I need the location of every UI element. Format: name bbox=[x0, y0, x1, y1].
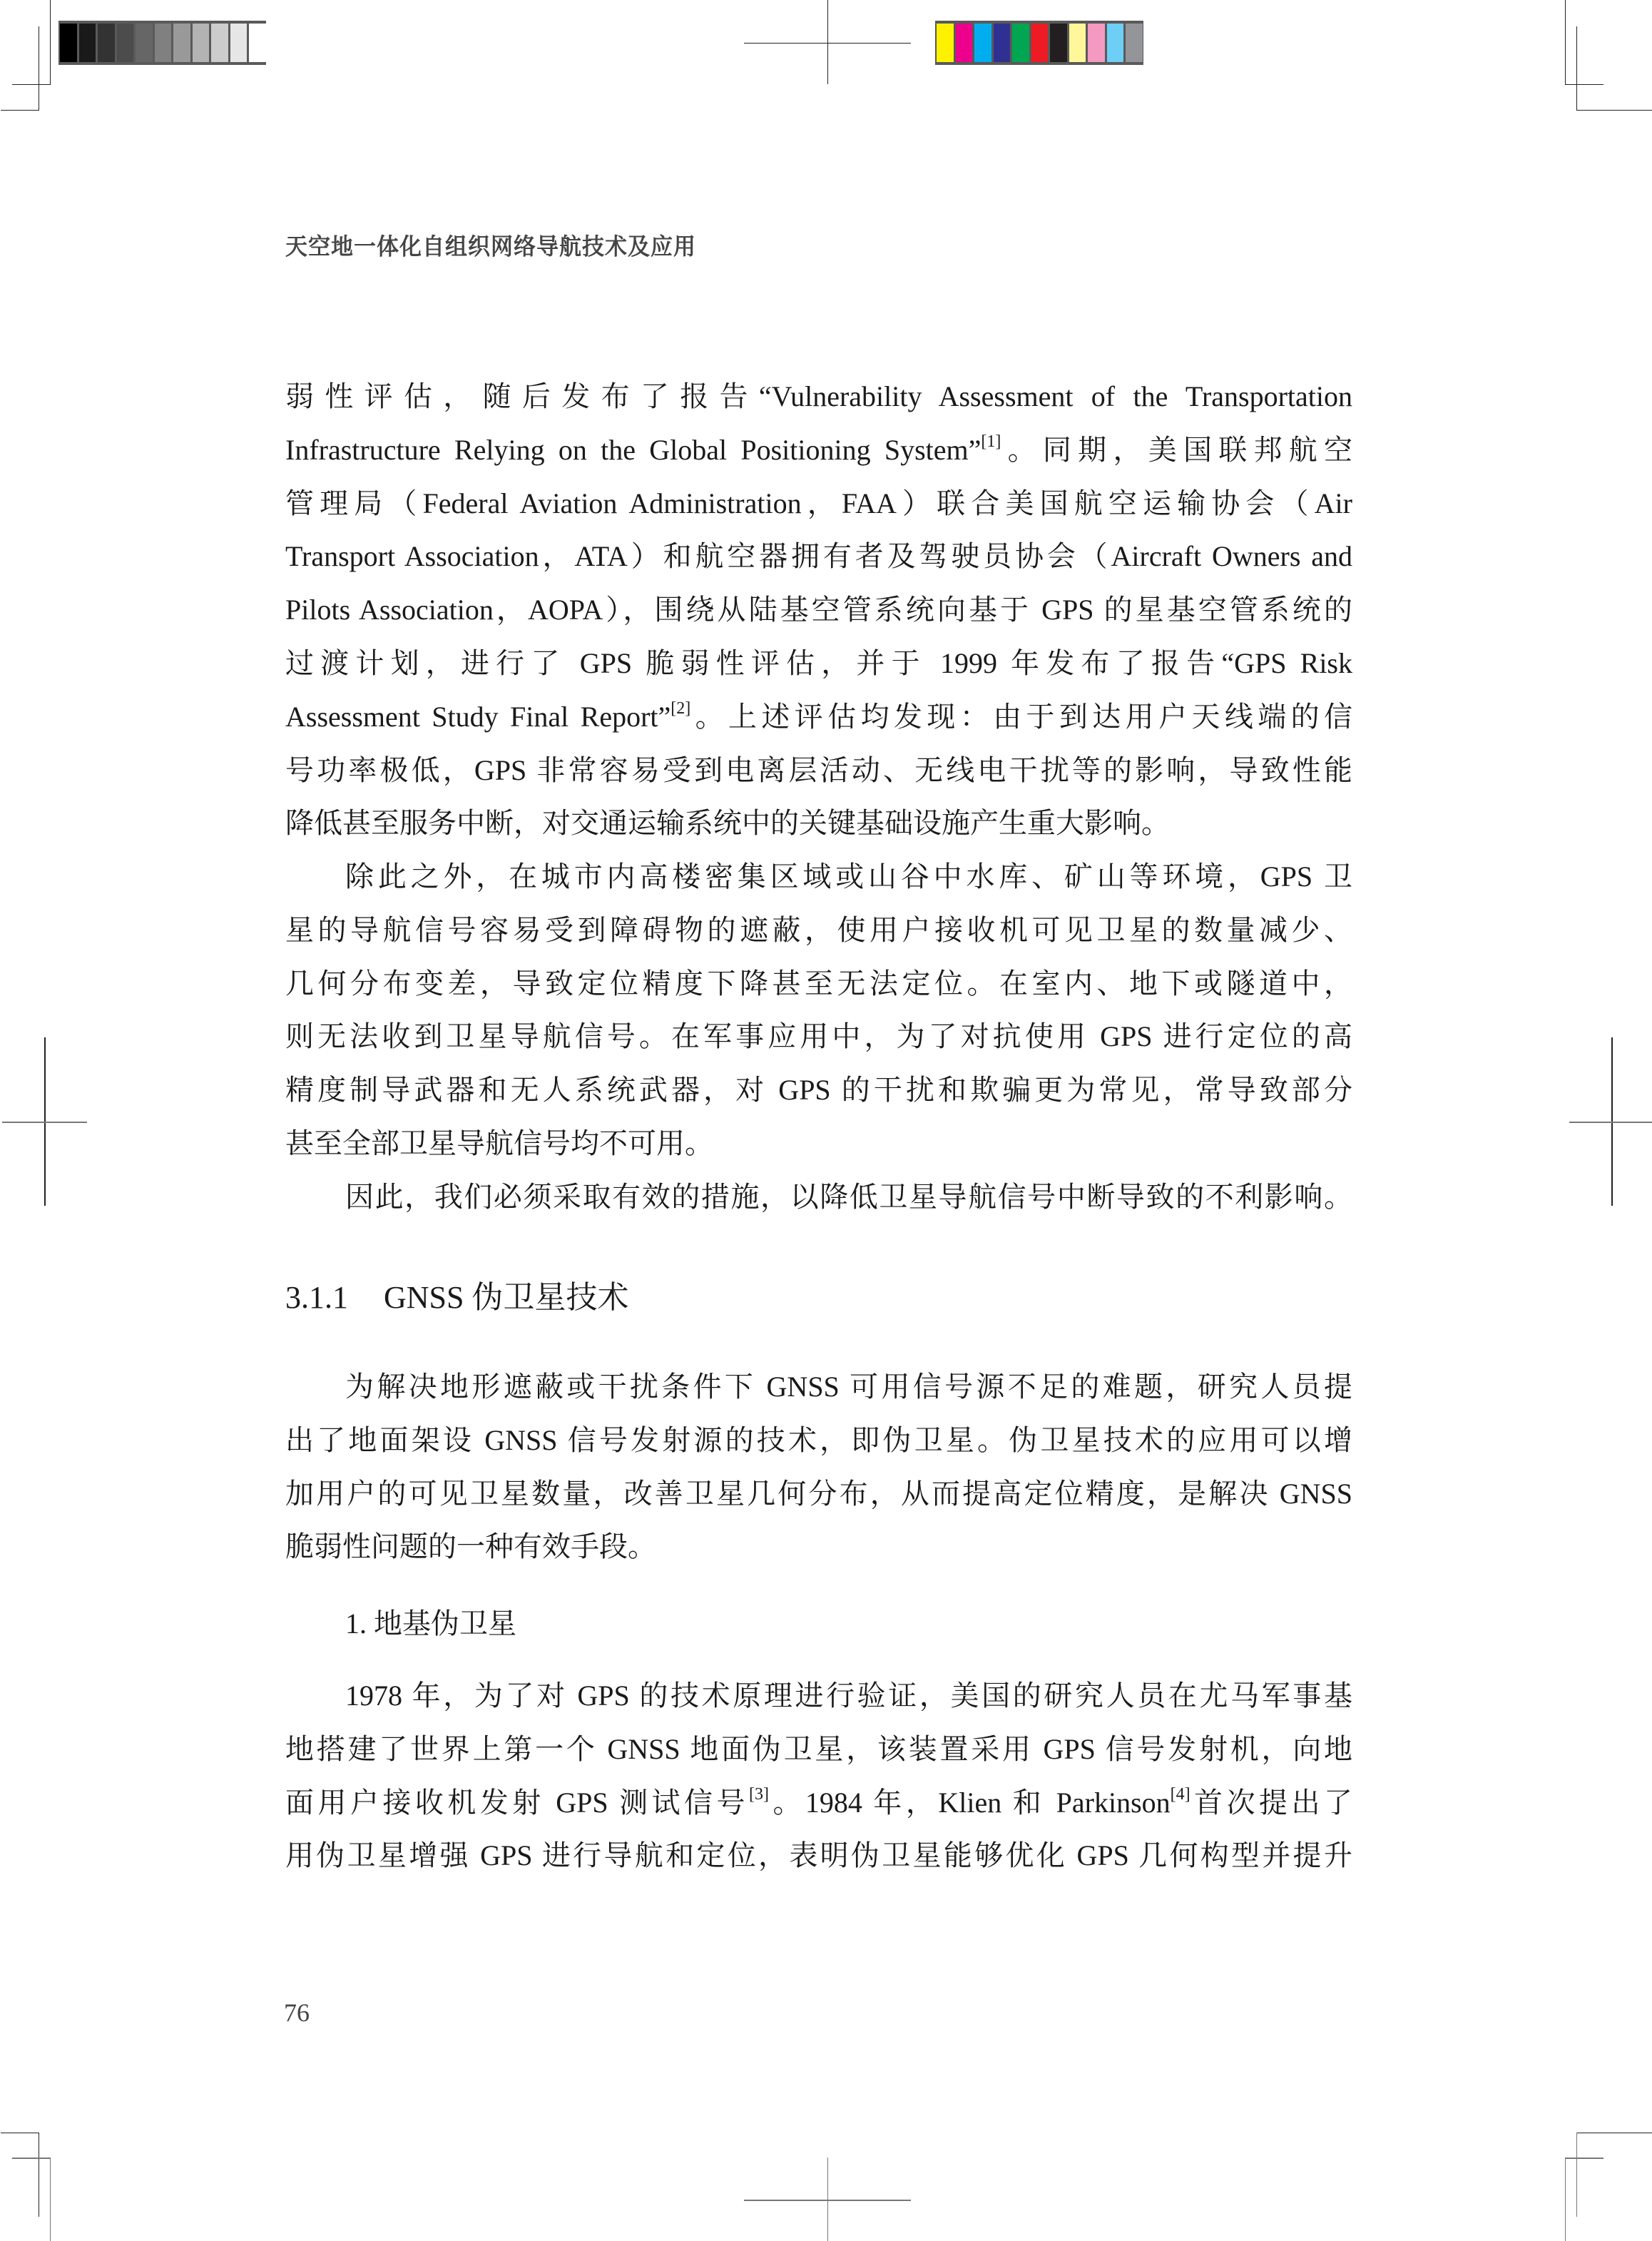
color-swatch bbox=[1107, 24, 1124, 62]
color-swatch bbox=[1088, 24, 1105, 62]
crop-mark-top-right-v1b bbox=[1565, 0, 1566, 84]
color-swatch bbox=[1069, 24, 1086, 62]
gray-swatch bbox=[173, 24, 190, 62]
text-line: 脆弱性问题的一种有效手段。 bbox=[285, 1520, 1352, 1574]
crop-mark-bottom-left-v2 bbox=[50, 2158, 51, 2241]
text-line: 星的导航信号容易受到障碍物的遮蔽，使用户接收机可见卫星的数量减少、 bbox=[285, 904, 1352, 957]
paragraph-5: 1978 年，为了对 GPS 的技术原理进行验证，美国的研究人员在尤马军事基 地… bbox=[285, 1670, 1352, 1883]
crop-mark-top-right-h2 bbox=[1576, 110, 1652, 111]
text-line: 管理局（Federal Aviation Administration，FAA）… bbox=[285, 477, 1352, 531]
color-calibration-bar bbox=[935, 21, 1143, 65]
text-line: 地搭建了世界上第一个 GNSS 地面伪卫星，该装置采用 GPS 信号发射机，向地 bbox=[285, 1723, 1352, 1777]
running-head: 天空地一体化自组织网络导航技术及应用 bbox=[285, 228, 696, 261]
registration-mark-bottom-center-h bbox=[744, 2200, 911, 2201]
subsection-title: 地基伪卫星 bbox=[374, 1607, 516, 1640]
gray-swatch bbox=[249, 24, 266, 62]
text-line: 号功率极低，GPS 非常容易受到电离层活动、无线电干扰等的影响，导致性能 bbox=[285, 744, 1352, 798]
registration-mark-right-h bbox=[1569, 1122, 1652, 1123]
text-line: 精度制导武器和无人系统武器，对 GPS 的干扰和欺骗更为常见，常导致部分 bbox=[285, 1064, 1352, 1117]
text-line: Assessment Study Final Report”[2]。上述评估均发… bbox=[285, 691, 1352, 744]
gray-swatch bbox=[136, 24, 153, 62]
citation-ref[interactable]: [4] bbox=[1171, 1785, 1190, 1804]
text-line: 因此，我们必须采取有效的措施，以降低卫星导航信号中断导致的不利影响。 bbox=[285, 1171, 1352, 1224]
crop-mark-bottom-right-v1 bbox=[1576, 2133, 1577, 2217]
gray-swatch bbox=[155, 24, 172, 62]
text-line: Pilots Association，AOPA），围绕从陆基空管系统向基于 GP… bbox=[285, 584, 1352, 637]
registration-mark-left-h bbox=[2, 1122, 87, 1123]
color-swatch bbox=[1031, 24, 1049, 62]
color-swatch bbox=[937, 24, 954, 62]
subsection-heading: 1. 地基伪卫星 bbox=[345, 1601, 516, 1642]
crop-mark-bottom-left-v1 bbox=[39, 2133, 39, 2217]
gray-swatch bbox=[117, 24, 134, 62]
paragraph-2: 除此之外，在城市内高楼密集区域或山谷中水库、矿山等环境，GPS 卫 星的导航信号… bbox=[285, 850, 1352, 1171]
color-swatch bbox=[956, 24, 973, 62]
crop-mark-top-left-h2 bbox=[1, 110, 39, 111]
page-number: 76 bbox=[284, 1998, 310, 2028]
crop-mark-top-left-v2 bbox=[39, 26, 39, 111]
text-line: 面用户接收机发射 GPS 测试信号[3]。1984 年，Klien 和 Park… bbox=[285, 1777, 1352, 1830]
text-line: 为解决地形遮蔽或干扰条件下 GNSS 可用信号源不足的难题，研究人员提 bbox=[285, 1361, 1352, 1414]
grayscale-calibration-bar bbox=[58, 21, 266, 65]
text-line: 过渡计划，进行了 GPS 脆弱性评估，并于 1999 年发布了报告“GPS Ri… bbox=[285, 637, 1352, 691]
color-swatch bbox=[994, 24, 1011, 62]
citation-ref[interactable]: [1] bbox=[981, 432, 1001, 451]
section-number: 3.1.1 bbox=[285, 1280, 348, 1315]
text-line: 则无法收到卫星导航信号。在军事应用中，为了对抗使用 GPS 进行定位的高 bbox=[285, 1010, 1352, 1064]
gray-swatch bbox=[230, 24, 248, 62]
text-line: 弱性评估，随后发布了报告“Vulnerability Assessment of… bbox=[285, 370, 1352, 424]
subsection-number: 1. bbox=[345, 1607, 367, 1640]
citation-ref[interactable]: [2] bbox=[671, 699, 690, 718]
gray-swatch bbox=[211, 24, 228, 62]
color-swatch bbox=[974, 24, 991, 62]
gray-swatch bbox=[193, 24, 210, 62]
text-line: 用伪卫星增强 GPS 进行导航和定位，表明伪卫星能够优化 GPS 几何构型并提升 bbox=[285, 1829, 1352, 1883]
paragraph-4: 为解决地形遮蔽或干扰条件下 GNSS 可用信号源不足的难题，研究人员提 出了地面… bbox=[285, 1361, 1352, 1574]
text-line: 出了地面架设 GNSS 信号发射源的技术，即伪卫星。伪卫星技术的应用可以增 bbox=[285, 1414, 1352, 1468]
gray-swatch bbox=[79, 24, 96, 62]
text-line: 降低甚至服务中断，对交通运输系统中的关键基础设施产生重大影响。 bbox=[285, 797, 1352, 850]
text-line: 加用户的可见卫星数量，改善卫星几何分布，从而提高定位精度，是解决 GNSS bbox=[285, 1468, 1352, 1521]
section-heading: 3.1.1GNSS 伪卫星技术 bbox=[285, 1271, 629, 1317]
crop-mark-bottom-right-h2 bbox=[1565, 2158, 1603, 2159]
crop-mark-top-right-v2 bbox=[1576, 26, 1577, 111]
gray-swatch bbox=[60, 24, 77, 62]
crop-mark-bottom-left-h1 bbox=[1, 2133, 39, 2133]
registration-mark-top-center-v bbox=[827, 0, 828, 84]
crop-mark-top-left-h1 bbox=[12, 84, 51, 85]
color-swatch bbox=[1050, 24, 1067, 62]
text-line: Transport Association，ATA）和航空器拥有者及驾驶员协会（… bbox=[285, 530, 1352, 584]
crop-mark-top-left-v1 bbox=[50, 0, 51, 84]
paragraph-3: 因此，我们必须采取有效的措施，以降低卫星导航信号中断导致的不利影响。 bbox=[285, 1171, 1352, 1224]
section-title: GNSS 伪卫星技术 bbox=[384, 1280, 629, 1315]
text-line: 除此之外，在城市内高楼密集区域或山谷中水库、矿山等环境，GPS 卫 bbox=[285, 850, 1352, 904]
citation-ref[interactable]: [3] bbox=[749, 1785, 769, 1804]
registration-mark-top-center-h bbox=[744, 43, 911, 44]
text-line: 几何分布变差，导致定位精度下降甚至无法定位。在室内、地下或隧道中， bbox=[285, 957, 1352, 1011]
text-line: Infrastructure Relying on the Global Pos… bbox=[285, 424, 1352, 477]
crop-mark-bottom-right-h1 bbox=[1576, 2133, 1652, 2133]
text-line: 甚至全部卫星导航信号均不可用。 bbox=[285, 1117, 1352, 1171]
text-line: 1978 年，为了对 GPS 的技术原理进行验证，美国的研究人员在尤马军事基 bbox=[285, 1670, 1352, 1723]
crop-mark-top-right-h1 bbox=[1565, 84, 1603, 85]
crop-mark-bottom-right-v2 bbox=[1565, 2158, 1566, 2241]
crop-mark-bottom-left-h2 bbox=[12, 2158, 51, 2159]
color-swatch bbox=[1012, 24, 1029, 62]
gray-swatch bbox=[98, 24, 115, 62]
color-swatch bbox=[1126, 24, 1143, 62]
paragraph-1: 弱性评估，随后发布了报告“Vulnerability Assessment of… bbox=[285, 370, 1352, 850]
